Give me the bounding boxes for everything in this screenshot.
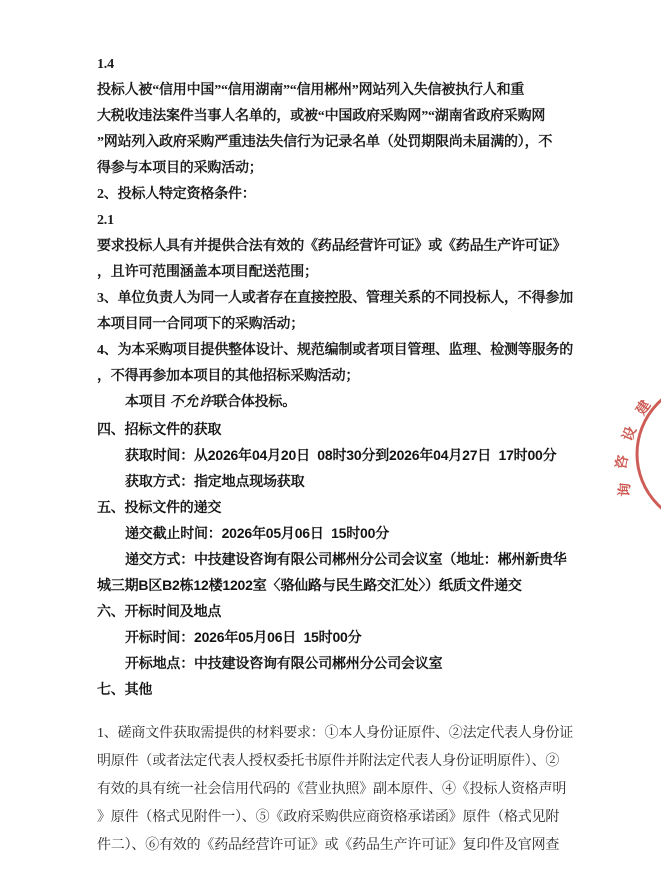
text-line: 本项目 不允许联合体投标。	[97, 390, 571, 416]
text-line: 件二）、⑥有效的《药品经营许可证》或《药品生产许可证》复印件及官网查	[97, 832, 571, 860]
text-line: 有效的具有统一社会信用代码的《营业执照》副本原件、④《投标人资格声明	[97, 776, 571, 804]
text-line: 4、为本采购项目提供整体设计、规范编制或者项目管理、监理、检测等服务的	[97, 338, 571, 364]
text-line	[97, 702, 571, 720]
seal-character: 设	[619, 424, 639, 443]
text-line: 3、单位负责人为同一人或者存在直接控股、管理关系的不同投标人，不得参加	[97, 286, 571, 312]
text-line: 2.1	[97, 208, 571, 234]
text-segment: 本项目	[125, 395, 170, 410]
text-line: 1.4	[97, 52, 571, 78]
text-line: 获取方式：指定地点现场获取	[97, 468, 571, 494]
text-segment: 联合体投标。	[213, 395, 296, 410]
text-line: 本项目同一合同项下的采购活动；	[97, 312, 571, 338]
text-line: 四、招标文件的获取	[97, 416, 571, 442]
red-official-seal: 建设咨询	[609, 380, 661, 530]
document-content: 1.4投标人被“信用中国”“信用湖南”“信用郴州”网站列入失信被执行人和重大税收…	[97, 52, 571, 860]
text-line: 五、投标文件的递交	[97, 494, 571, 520]
text-line: 六、开标时间及地点	[97, 598, 571, 624]
seal-character: 咨	[612, 454, 631, 471]
text-line: 开标时间：2026年05月06日 15时00分	[97, 624, 571, 650]
seal-characters: 建设咨询	[612, 397, 653, 497]
text-line: 2、投标人特定资格条件：	[97, 182, 571, 208]
document-page: 1.4投标人被“信用中国”“信用湖南”“信用郴州”网站列入失信被执行人和重大税收…	[0, 0, 661, 879]
text-line: 明原件（或者法定代表人授权委托书原件并附法定代表人身份证明原件）、②	[97, 748, 571, 776]
text-line: 投标人被“信用中国”“信用湖南”“信用郴州”网站列入失信被执行人和重	[97, 78, 571, 104]
text-line: 得参与本项目的采购活动；	[97, 156, 571, 182]
text-line: ，且许可范围涵盖本项目配送范围；	[97, 260, 571, 286]
text-line: 递交方式：中技建设咨询有限公司郴州分公司会议室（地址：郴州新贵华	[97, 546, 571, 572]
text-line: 大税收违法案件当事人名单的，或被“中国政府采购网”“湖南省政府采购网	[97, 104, 571, 130]
text-line: 获取时间：从2026年04月20日 08时30分到2026年04月27日 17时…	[97, 442, 571, 468]
text-line: 》原件（格式见附件一）、⑤《政府采购供应商资格承诺函》原件（格式见附	[97, 804, 571, 832]
text-line: 七、其他	[97, 676, 571, 702]
text-line: 1、磋商文件获取需提供的材料要求：①本人身份证原件、②法定代表人身份证	[97, 720, 571, 748]
seal-character: 建	[632, 397, 653, 418]
seal-character: 询	[616, 483, 632, 498]
text-line: 要求投标人具有并提供合法有效的《药品经营许可证》或《药品生产许可证》	[97, 234, 571, 260]
text-line: 城三期B区B2栋12楼1202室〈骆仙路与民生路交汇处〉）纸质文件递交	[97, 572, 571, 598]
emphasized-text: 不允许	[170, 395, 214, 410]
text-line: ，不得再参加本项目的其他招标采购活动；	[97, 364, 571, 390]
text-line: 开标地点：中技建设咨询有限公司郴州分公司会议室	[97, 650, 571, 676]
text-line: ”网站列入政府采购严重违法失信行为记录名单（处罚期限尚未届满的），不	[97, 130, 571, 156]
text-line: 递交截止时间：2026年05月06日 15时00分	[97, 520, 571, 546]
